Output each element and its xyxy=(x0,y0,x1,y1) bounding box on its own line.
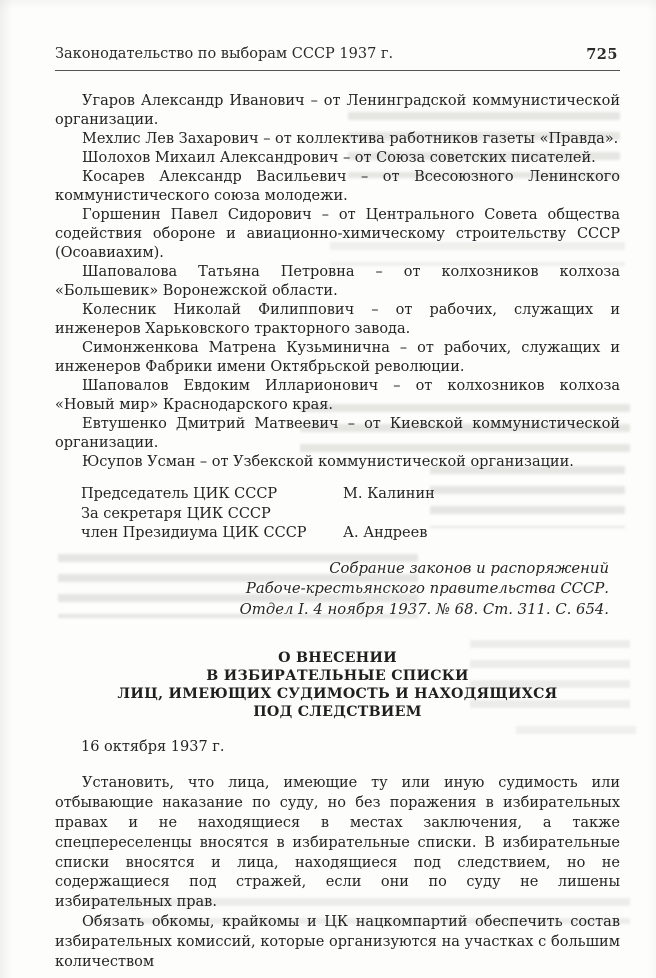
signature-row: член Президиума ЦИК СССР А. Андреев xyxy=(81,524,620,544)
decree-paragraph: Обязать обкомы, крайкомы и ЦК нацкомпарт… xyxy=(55,913,620,972)
decree-title-line: О ВНЕСЕНИИ xyxy=(55,650,620,668)
decree-paragraph: Установить, что лица, имеющие ту или ину… xyxy=(55,774,620,913)
decree-title-line: ПОД СЛЕДСТВИЕМ xyxy=(55,704,620,722)
delegate-entry: Симонженкова Матрена Кузьминична – от ра… xyxy=(55,339,620,377)
page-number: 725 xyxy=(586,46,620,63)
citation-line: Рабоче-крестьянского правительства СССР. xyxy=(55,579,609,600)
running-header: Законодательство по выборам СССР 1937 г.… xyxy=(55,46,620,71)
signature-row: За секретаря ЦИК СССР xyxy=(81,505,620,525)
source-citation: Собрание законов и распоряжений Рабоче-к… xyxy=(55,559,609,621)
running-title: Законодательство по выборам СССР 1937 г. xyxy=(55,46,393,63)
signature-role: член Президиума ЦИК СССР xyxy=(81,524,343,544)
delegate-entry: Угаров Александр Иванович – от Ленинград… xyxy=(55,92,620,130)
delegate-entry: Мехлис Лев Захарович – от коллектива раб… xyxy=(55,130,620,149)
delegate-entry: Горшенин Павел Сидорович – от Центрально… xyxy=(55,206,620,263)
decree-title-line: ЛИЦ, ИМЕЮЩИХ СУДИМОСТЬ И НАХОДЯЩИХСЯ xyxy=(55,686,620,704)
signature-name: А. Андреев xyxy=(343,524,427,544)
citation-line: Отдел I. 4 ноября 1937. № 68. Ст. 311. С… xyxy=(55,600,609,621)
delegate-entry: Юсупов Усман – от Узбекской коммунистиче… xyxy=(55,453,620,472)
delegate-entry: Шаповалов Евдоким Илларионович – от колх… xyxy=(55,377,620,415)
decree-date: 16 октября 1937 г. xyxy=(81,738,620,757)
delegate-entry: Косарев Александр Васильевич – от Всесою… xyxy=(55,168,620,206)
decree-title-line: В ИЗБИРАТЕЛЬНЫЕ СПИСКИ xyxy=(55,668,620,686)
delegate-entry: Шаповалова Татьяна Петровна – от колхозн… xyxy=(55,263,620,301)
decree-title: О ВНЕСЕНИИ В ИЗБИРАТЕЛЬНЫЕ СПИСКИ ЛИЦ, И… xyxy=(55,650,620,721)
citation-line: Собрание законов и распоряжений xyxy=(55,559,609,580)
delegate-entry: Шолохов Михаил Александрович – от Союза … xyxy=(55,149,620,168)
delegate-entry: Колесник Николай Филиппович – от рабочих… xyxy=(55,301,620,339)
delegates-list: Угаров Александр Иванович – от Ленинград… xyxy=(55,92,620,472)
signature-block: Председатель ЦИК СССР М. Калинин За секр… xyxy=(81,485,620,544)
delegate-entry: Евтушенко Дмитрий Матвеевич – от Киевско… xyxy=(55,415,620,453)
scanned-book-page: Законодательство по выборам СССР 1937 г.… xyxy=(0,0,656,978)
signature-role: За секретаря ЦИК СССР xyxy=(81,505,343,525)
decree-body: Установить, что лица, имеющие ту или ину… xyxy=(55,774,620,972)
signature-row: Председатель ЦИК СССР М. Калинин xyxy=(81,485,620,505)
page-content: Законодательство по выборам СССР 1937 г.… xyxy=(55,46,620,972)
signature-name: М. Калинин xyxy=(343,485,435,505)
signature-role: Председатель ЦИК СССР xyxy=(81,485,343,505)
